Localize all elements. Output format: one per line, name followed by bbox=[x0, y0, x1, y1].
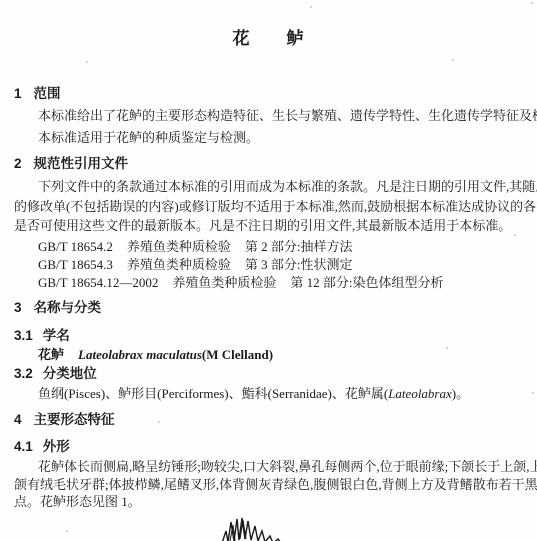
section-label: 名称与分类 bbox=[34, 300, 102, 315]
shape-paragraph-line-1: 花鲈体长而侧扁,略呈纺锤形;吻较尖,口大斜裂,鼻孔每侧两个,位于眼前缘;下颌长于… bbox=[38, 459, 537, 474]
taxonomy-text: )。 bbox=[452, 386, 469, 401]
reference-title: 养殖鱼类种质检验 bbox=[127, 239, 231, 254]
page-title: 花 鲈 bbox=[0, 24, 537, 49]
document-page: 花 鲈 1范围 本标准给出了花鲈的主要形态构造特征、生长与繁殖、遗传学特性、生化… bbox=[0, 0, 537, 541]
section-heading-morphology: 4主要形态特征 bbox=[14, 412, 115, 427]
section-label: 规范性引用文件 bbox=[34, 156, 129, 171]
subsection-number: 4.1 bbox=[14, 439, 33, 454]
references-paragraph-line-1: 下列文件中的条款通过本标准的引用而成为本标准的条款。凡是注日期的引用文件,其随后… bbox=[38, 179, 537, 194]
section-number: 4 bbox=[14, 412, 22, 427]
shape-paragraph-line-2: 颌有绒毛状牙群;体披栉鳞,尾鳍叉形,体背侧灰青绿色,腹侧银白色,背侧上方及背鳍散… bbox=[14, 477, 537, 492]
scan-speck bbox=[452, 59, 454, 61]
subsection-heading-shape: 4.1外形 bbox=[14, 439, 70, 454]
taxonomy-genus: Lateolabrax bbox=[388, 386, 452, 401]
scan-speck bbox=[531, 2, 533, 4]
scan-speck bbox=[158, 421, 160, 423]
section-label: 范围 bbox=[34, 86, 61, 101]
taxonomy-line: 鱼纲(Pisces)、鲈形目(Perciformes)、鮨科(Serranida… bbox=[38, 386, 469, 401]
section-heading-scope: 1范围 bbox=[14, 86, 61, 101]
scan-speck bbox=[514, 234, 516, 236]
subsection-number: 3.2 bbox=[14, 366, 33, 381]
chinese-name: 花鲈 bbox=[38, 347, 64, 362]
scan-speck bbox=[310, 6, 312, 8]
reference-title: 养殖鱼类种质检验 bbox=[127, 257, 231, 272]
scan-speck bbox=[532, 392, 534, 394]
reference-part: 第 2 部分:抽样方法 bbox=[245, 239, 353, 254]
subsection-label: 分类地位 bbox=[43, 366, 97, 381]
reference-item: GB/T 18654.12—2002养殖鱼类种质检验第 12 部分:染色体组型分… bbox=[38, 275, 444, 290]
section-heading-naming: 3名称与分类 bbox=[14, 300, 101, 315]
reference-item: GB/T 18654.3养殖鱼类种质检验第 3 部分:性状测定 bbox=[38, 257, 353, 272]
scan-speck bbox=[446, 347, 448, 349]
subsection-heading-sci-name: 3.1学名 bbox=[14, 328, 70, 343]
scope-paragraph-2: 本标准适用于花鲈的种质鉴定与检测。 bbox=[38, 130, 259, 145]
reference-part: 第 12 部分:染色体组型分析 bbox=[290, 275, 443, 290]
scan-speck bbox=[325, 182, 327, 184]
references-paragraph-line-3: 是否可使用这些文件的最新版本。凡是不注日期的引用文件,其最新版本适用于本标准。 bbox=[14, 218, 511, 233]
section-heading-references: 2规范性引用文件 bbox=[14, 156, 128, 171]
reference-code: GB/T 18654.2 bbox=[38, 239, 113, 254]
reference-part: 第 3 部分:性状测定 bbox=[245, 257, 353, 272]
subsection-heading-taxonomy: 3.2分类地位 bbox=[14, 366, 97, 381]
subsection-label: 外形 bbox=[43, 439, 70, 454]
section-number: 3 bbox=[14, 300, 22, 315]
reference-code: GB/T 18654.12—2002 bbox=[38, 275, 158, 290]
reference-title: 养殖鱼类种质检验 bbox=[172, 275, 276, 290]
scientific-name-line: 花鲈Lateolabrax maculatus(M Clelland) bbox=[38, 347, 273, 362]
subsection-label: 学名 bbox=[43, 328, 70, 343]
figure-1-fish-dorsal-fin-illustration bbox=[222, 517, 288, 541]
section-number: 2 bbox=[14, 156, 22, 171]
reference-item: GB/T 18654.2养殖鱼类种质检验第 2 部分:抽样方法 bbox=[38, 239, 353, 254]
references-paragraph-line-2: 的修改单(不包括勘误的内容)或修订版均不适用于本标准,然而,鼓励根据本标准达成协… bbox=[14, 199, 537, 214]
reference-code: GB/T 18654.3 bbox=[38, 257, 113, 272]
shape-paragraph-line-3: 点。花鲈形态见图 1。 bbox=[14, 494, 141, 509]
latin-name: Lateolabrax maculatus bbox=[78, 347, 202, 362]
subsection-number: 3.1 bbox=[14, 328, 33, 343]
name-author: (M Clelland) bbox=[202, 347, 273, 362]
section-number: 1 bbox=[14, 86, 22, 101]
scan-speck bbox=[66, 530, 68, 532]
section-label: 主要形态特征 bbox=[34, 412, 115, 427]
taxonomy-text: 鱼纲(Pisces)、鲈形目(Perciformes)、鮨科(Serranida… bbox=[38, 386, 388, 401]
scope-paragraph-1: 本标准给出了花鲈的主要形态构造特征、生长与繁殖、遗传学特性、生化遗传学特征及检测… bbox=[38, 108, 537, 123]
scan-speck bbox=[86, 61, 88, 63]
